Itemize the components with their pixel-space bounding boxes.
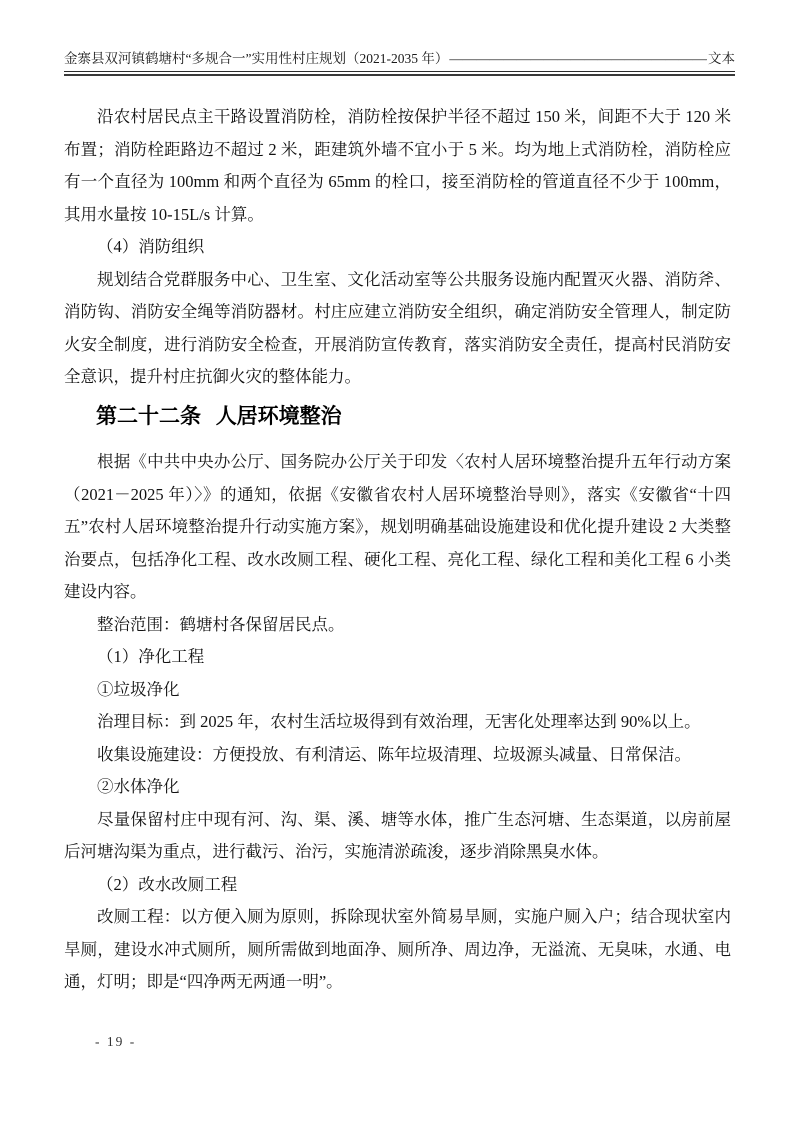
section-heading-title: 人居环境整治 bbox=[216, 404, 342, 428]
page-header: 金寨县双河镇鹤塘村“多规合一”实用性村庄规划（2021-2035 年） ————… bbox=[64, 50, 735, 76]
section-heading: 第二十二条人居环境整治 bbox=[64, 400, 731, 433]
paragraph-subitem: ②水体净化 bbox=[64, 771, 731, 804]
paragraph-subitem: （1）净化工程 bbox=[64, 641, 731, 674]
paragraph: 根据《中共中央办公厅、国务院办公厅关于印发〈农村人居环境整治提升五年行动方案（2… bbox=[64, 446, 731, 609]
section-heading-number: 第二十二条 bbox=[96, 404, 201, 428]
header-title: 金寨县双河镇鹤塘村“多规合一”实用性村庄规划（2021-2035 年） bbox=[64, 50, 448, 68]
paragraph-subitem: （2）改水改厕工程 bbox=[64, 869, 731, 902]
paragraph: 收集设施建设：方便投放、有利清运、陈年垃圾清理、垃圾源头减量、日常保洁。 bbox=[64, 739, 731, 772]
paragraph: 规划结合党群服务中心、卫生室、文化活动室等公共服务设施内配置灭火器、消防斧、消防… bbox=[64, 264, 731, 394]
paragraph: 改厕工程：以方便入厕为原则，拆除现状室外简易旱厕，实施户厕入户；结合现状室内旱厕… bbox=[64, 901, 731, 999]
page-footer: - 19 - bbox=[95, 1034, 136, 1050]
document-body: 沿农村居民点主干路设置消防栓，消防栓按保护半径不超过 150 米，间距不大于 1… bbox=[64, 101, 731, 999]
header-dash-run: ————————————————————— bbox=[449, 50, 707, 68]
paragraph: 治理目标：到 2025 年，农村生活垃圾得到有效治理，无害化处理率达到 90%以… bbox=[64, 706, 731, 739]
page-number: - 19 - bbox=[95, 1034, 136, 1049]
paragraph-subitem: （4）消防组织 bbox=[64, 231, 731, 264]
paragraph: 整治范围：鹤塘村各保留居民点。 bbox=[64, 609, 731, 642]
paragraph: 沿农村居民点主干路设置消防栓，消防栓按保护半径不超过 150 米，间距不大于 1… bbox=[64, 101, 731, 231]
header-label: 文本 bbox=[708, 50, 735, 68]
header-rule-thick bbox=[64, 74, 735, 76]
paragraph: 尽量保留村庄中现有河、沟、渠、溪、塘等水体，推广生态河塘、生态渠道，以房前屋后河… bbox=[64, 804, 731, 869]
document-page: 金寨县双河镇鹤塘村“多规合一”实用性村庄规划（2021-2035 年） ————… bbox=[0, 0, 793, 1122]
header-rule-thin bbox=[64, 71, 735, 72]
paragraph-subitem: ①垃圾净化 bbox=[64, 674, 731, 707]
header-line: 金寨县双河镇鹤塘村“多规合一”实用性村庄规划（2021-2035 年） ————… bbox=[64, 50, 735, 68]
